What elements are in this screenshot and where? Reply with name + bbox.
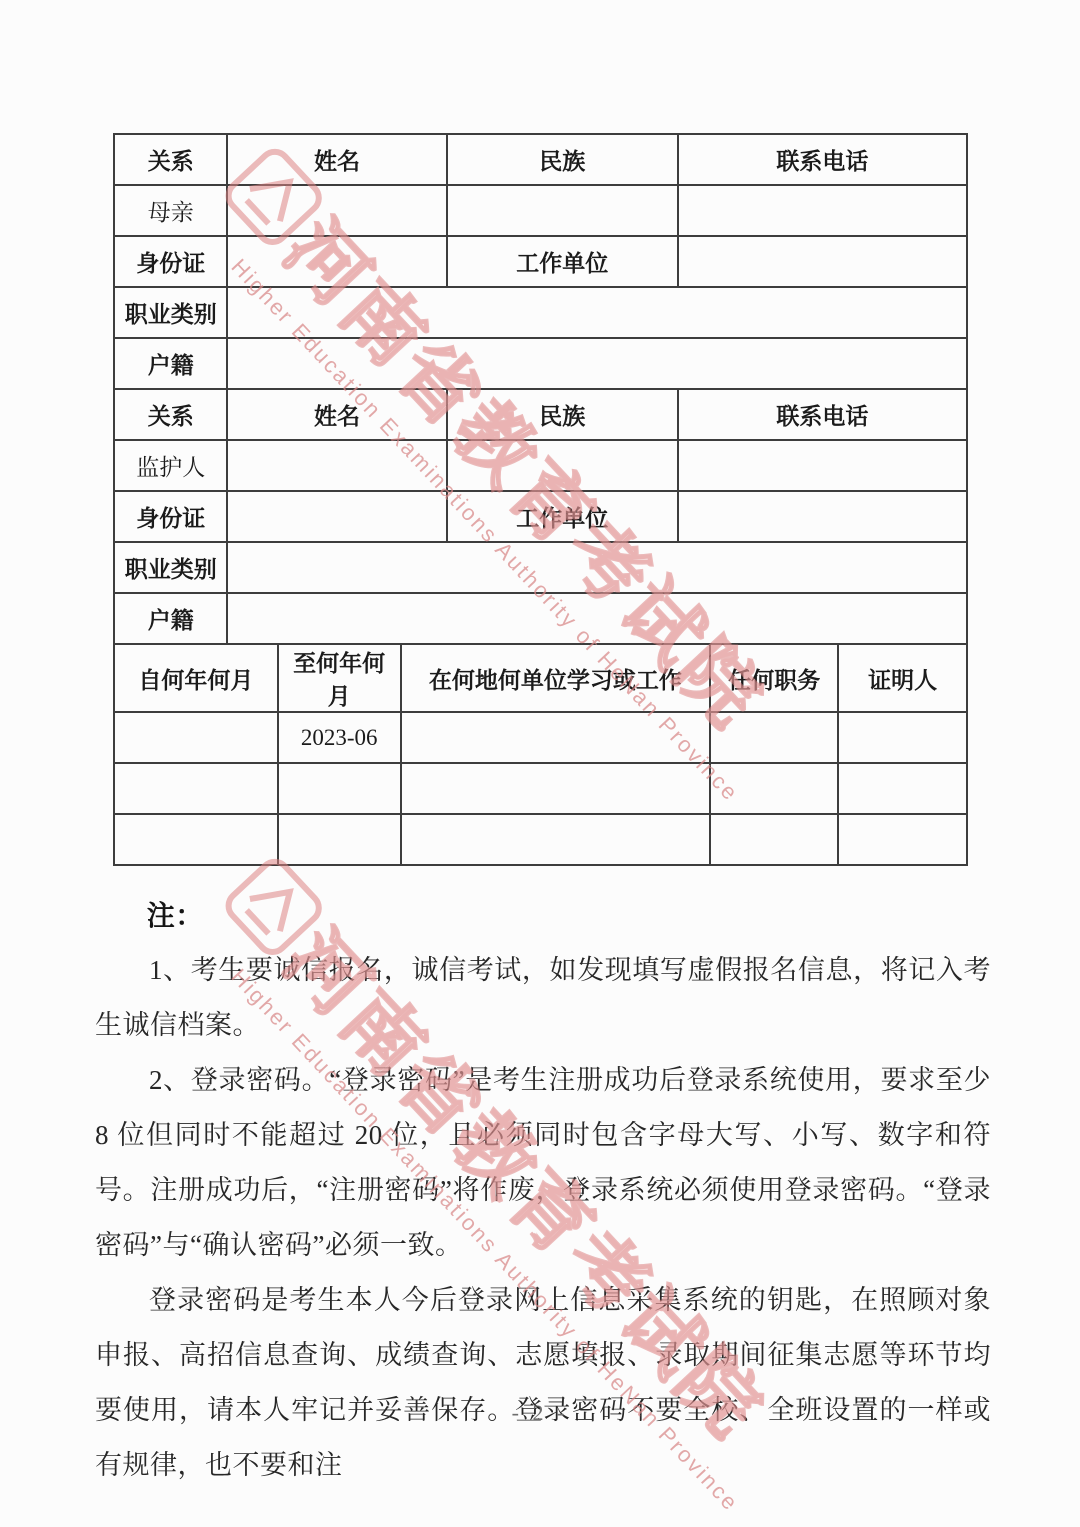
phone-value-cell [678,440,967,491]
relation-value: 监护人 [114,440,227,491]
from-date-cell [114,763,278,814]
name-value-cell [227,440,446,491]
place-cell [401,814,711,865]
residence-row: 户籍 [114,593,967,644]
history-row [114,763,967,814]
id-value-cell [227,236,446,287]
occupation-label: 职业类别 [114,287,227,338]
id-row: 身份证 工作单位 [114,491,967,542]
notes-label: 注： [95,888,991,943]
residence-label: 户籍 [114,593,227,644]
occupation-label: 职业类别 [114,542,227,593]
family-header-row: 关系 姓名 民族 联系电话 [114,389,967,440]
header-phone: 联系电话 [678,389,967,440]
witness-cell [838,763,967,814]
place-cell [401,763,711,814]
family-header-row: 关系 姓名 民族 联系电话 [114,134,967,185]
header-witness: 证明人 [838,644,967,712]
position-cell [710,814,838,865]
occupation-row: 职业类别 [114,542,967,593]
to-date-cell [278,763,401,814]
id-row: 身份证 工作单位 [114,236,967,287]
to-date-cell: 2023-06 [278,712,401,763]
header-name: 姓名 [227,134,446,185]
history-row [114,814,967,865]
id-value-cell [227,491,446,542]
occupation-value-cell [227,287,967,338]
witness-cell [838,712,967,763]
ethnicity-value-cell [447,185,678,236]
note-paragraph-3: 登录密码是考生本人今后登录网上信息采集系统的钥匙，在照顾对象申报、高招信息查询、… [95,1273,991,1493]
name-value-cell [227,185,446,236]
note-paragraph-2: 2、登录密码。“登录密码”是考生注册成功后登录系统使用，要求至少 8 位但同时不… [95,1053,991,1273]
id-label: 身份证 [114,491,227,542]
work-unit-label: 工作单位 [447,491,678,542]
note-paragraph-1: 1、考生要诚信报名，诚信考试，如发现填写虚假报名信息，将记入考生诚信档案。 [95,943,991,1053]
work-unit-value-cell [678,236,967,287]
page-number: - 2 - [0,1400,1080,1426]
history-row: 2023-06 [114,712,967,763]
id-label: 身份证 [114,236,227,287]
residence-label: 户籍 [114,338,227,389]
relation-row: 母亲 [114,185,967,236]
family-table-mother: 关系 姓名 民族 联系电话 母亲 身份证 工作单位 职业类别 户籍 [113,133,968,390]
residence-row: 户籍 [114,338,967,389]
history-header-row: 自何年何月 至何年何月 在何地何单位学习或工作 任何职务 证明人 [114,644,967,712]
from-date-cell [114,814,278,865]
family-table-guardian: 关系 姓名 民族 联系电话 监护人 身份证 工作单位 职业类别 户籍 [113,388,968,645]
history-table: 自何年何月 至何年何月 在何地何单位学习或工作 任何职务 证明人 2023-06 [113,643,968,866]
to-date-cell [278,814,401,865]
occupation-value-cell [227,542,967,593]
header-from-date: 自何年何月 [114,644,278,712]
place-cell [401,712,711,763]
from-date-cell [114,712,278,763]
occupation-row: 职业类别 [114,287,967,338]
residence-value-cell [227,593,967,644]
phone-value-cell [678,185,967,236]
witness-cell [838,814,967,865]
relation-value: 母亲 [114,185,227,236]
header-ethnicity: 民族 [447,389,678,440]
document-page: 关系 姓名 民族 联系电话 母亲 身份证 工作单位 职业类别 户籍 [0,133,1080,1493]
header-to-date: 至何年何月 [278,644,401,712]
header-relation: 关系 [114,389,227,440]
header-phone: 联系电话 [678,134,967,185]
header-name: 姓名 [227,389,446,440]
header-ethnicity: 民族 [447,134,678,185]
header-relation: 关系 [114,134,227,185]
relation-row: 监护人 [114,440,967,491]
ethnicity-value-cell [447,440,678,491]
position-cell [710,763,838,814]
header-place: 在何地何单位学习或工作 [401,644,711,712]
work-unit-label: 工作单位 [447,236,678,287]
residence-value-cell [227,338,967,389]
position-cell [710,712,838,763]
work-unit-value-cell [678,491,967,542]
header-position: 任何职务 [710,644,838,712]
